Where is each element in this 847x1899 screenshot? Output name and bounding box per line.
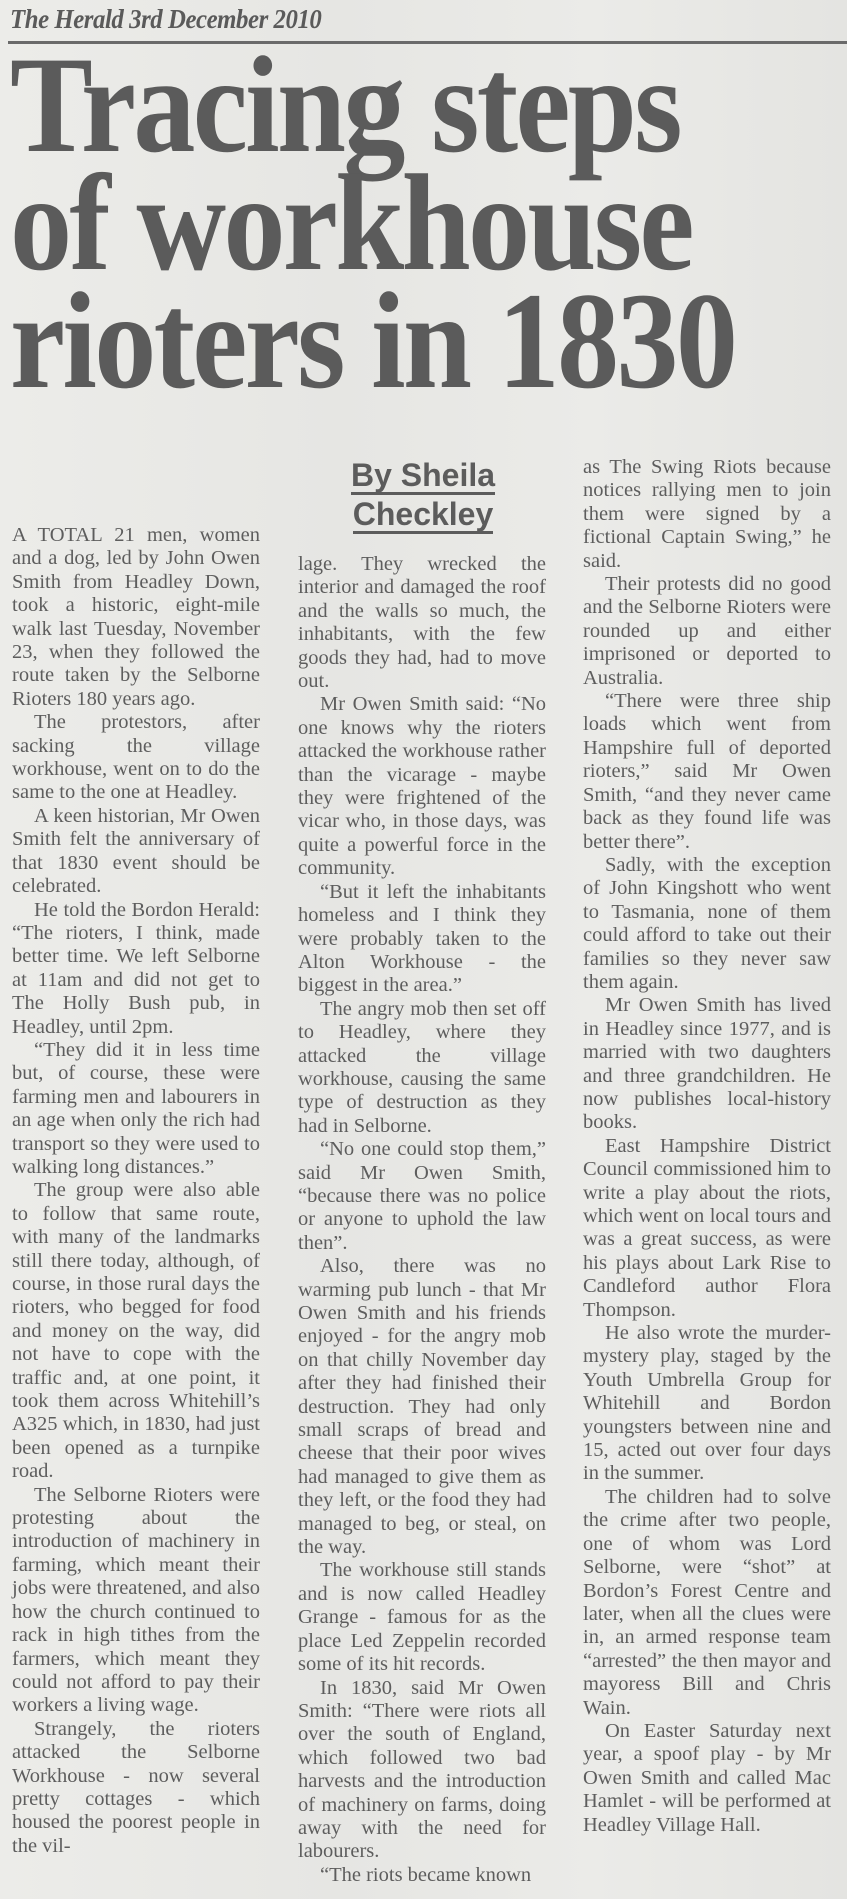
- paragraph: “The riots became known: [298, 1864, 546, 1887]
- article-column-2: lage. They wrecked the interior and dama…: [298, 553, 546, 1887]
- paragraph: Also, there was no warming pub lunch - t…: [298, 1255, 546, 1559]
- paragraph: A TOTAL 21 men, women and a dog, led by …: [12, 524, 260, 711]
- paragraph: The group were also able to follow that …: [12, 1179, 260, 1483]
- paragraph: “They did it in less time but, of course…: [12, 1039, 260, 1179]
- paragraph: He also wrote the murder-mystery play, s…: [583, 1322, 831, 1486]
- paragraph: Strangely, the rioters attacked the Selb…: [12, 1718, 260, 1858]
- paragraph: The workhouse still stands and is now ca…: [298, 1559, 546, 1676]
- byline-line-1: By Sheila: [351, 458, 495, 495]
- paragraph: “There were three ship loads which went …: [583, 690, 831, 854]
- headline-line-3: rioters in 1830: [10, 282, 763, 400]
- paragraph: lage. They wrecked the interior and dama…: [298, 553, 546, 693]
- article-column-1: A TOTAL 21 men, women and a dog, led by …: [12, 524, 260, 1858]
- article-column-3: as The Swing Riots because notices rally…: [583, 456, 831, 1837]
- paragraph: “But it left the inhabitants homeless an…: [298, 881, 546, 998]
- paragraph: Sadly, with the exception of John Kingsh…: [583, 854, 831, 994]
- paragraph: The Selborne Rioters were protesting abo…: [12, 1484, 260, 1718]
- paragraph: The protestors, after sacking the villag…: [12, 711, 260, 805]
- paragraph: The angry mob then set off to Headley, w…: [298, 998, 546, 1138]
- paragraph: A keen historian, Mr Owen Smith felt the…: [12, 805, 260, 899]
- paragraph: Mr Owen Smith has lived in Headley since…: [583, 994, 831, 1134]
- headline: Tracing steps of workhouse rioters in 18…: [10, 46, 763, 400]
- byline-line-2: Checkley: [353, 497, 494, 534]
- paragraph: Mr Owen Smith said: “No one knows why th…: [298, 693, 546, 880]
- paragraph: He told the Bordon Herald: “The rioters,…: [12, 899, 260, 1039]
- paragraph: On Easter Saturday next year, a spoof pl…: [583, 1720, 831, 1837]
- paragraph: as The Swing Riots because notices rally…: [583, 456, 831, 573]
- paragraph: East Hampshire District Council commissi…: [583, 1135, 831, 1322]
- paragraph: The children had to solve the crime afte…: [583, 1486, 831, 1720]
- paragraph: In 1830, said Mr Owen Smith: “There were…: [298, 1677, 546, 1864]
- paragraph: Their protests did no good and the Selbo…: [583, 573, 831, 690]
- newspaper-clipping: The Herald 3rd December 2010 Tracing ste…: [0, 0, 847, 1899]
- paragraph: “No one could stop them,” said Mr Owen S…: [298, 1138, 546, 1255]
- byline: By Sheila Checkley: [300, 456, 546, 534]
